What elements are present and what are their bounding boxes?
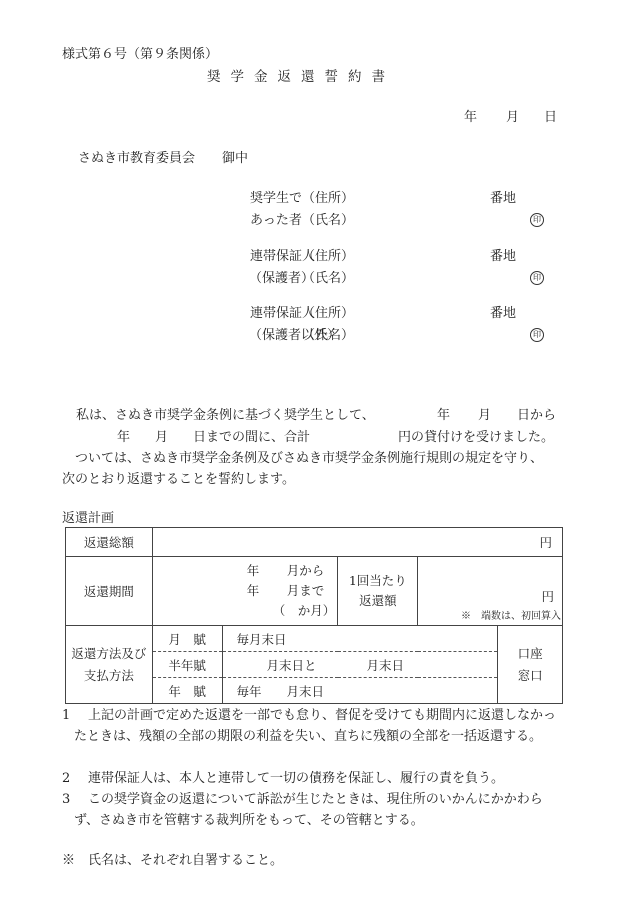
term-text: 連帯保証人は、本人と連帯して一切の債務を保証し、履行の責を負う。 [62, 768, 567, 789]
term-number: 3 [62, 789, 70, 810]
address-label: （住所） [302, 250, 354, 263]
period-label: 返還期間 [66, 557, 153, 626]
term-1: 1 上記の計画で定めた返還を一部でも怠り、督促を受けても期間内に返還しなかったと… [62, 705, 567, 747]
date-day: 日 [544, 111, 557, 124]
form-number: 様式第６号（第９条関係） [62, 48, 218, 61]
plan-heading: 返還計画 [62, 512, 114, 525]
row-total: 返還総額 円 [66, 528, 563, 557]
payment-channel-counter: 窓口 [498, 665, 562, 687]
per-payment-field[interactable]: 円 ※ 端数は、初回算入 [418, 557, 563, 626]
signer-role: 奨学生で [250, 192, 302, 205]
payment-channel-account: 口座 [498, 643, 562, 665]
body-text: 次のとおり返還することを誓約します。 [62, 473, 295, 486]
total-label: 返還総額 [66, 528, 153, 557]
to-year: 年 [247, 585, 260, 598]
term-text: 上記の計画で定めた返還を一部でも怠り、督促を受けても期間内に返還しなかったときは… [62, 705, 567, 747]
method-label: 返還方法及び 支払方法 [66, 626, 153, 704]
address-suffix: 番地 [490, 250, 516, 263]
signer-role-2: あった者 [250, 214, 302, 227]
per-payment-label-2: 返還額 [338, 591, 417, 611]
body-text: 円の貸付けを受けました。 [398, 431, 554, 444]
total-amount-field[interactable]: 円 [152, 528, 562, 557]
body-month: 月 [478, 409, 491, 422]
row-method-monthly: 返還方法及び 支払方法 月 賦 毎月末日 口座 窓口 [66, 626, 563, 652]
fraction-note: ※ 端数は、初回算入 [461, 612, 561, 622]
payment-channel[interactable]: 口座 窓口 [498, 626, 563, 704]
month-count: （ か月） [273, 605, 336, 618]
row-period: 返還期間 年 月から 年 月まで （ か月） 1回当たり 返還額 円 ※ 端数は… [66, 557, 563, 626]
repayment-plan-table: 返還総額 円 返還期間 年 月から 年 月まで （ か月） 1回当たり 返還額 … [65, 527, 563, 704]
total-unit: 円 [539, 535, 552, 550]
date-year: 年 [464, 111, 477, 124]
body-year: 年 [437, 409, 450, 422]
term-text: この奨学資金の返還について訴訟が生じたときは、現住所のいかんにかかわらず、さぬき… [62, 789, 567, 831]
date-month: 月 [506, 111, 519, 124]
body-text: 私は、さぬき市奨学金条例に基づく奨学生として、 [76, 409, 375, 422]
address-suffix: 番地 [490, 307, 516, 320]
body-text: 日までの間に、合計 [193, 431, 310, 444]
term-3: 3 この奨学資金の返還について訴訟が生じたときは、現住所のいかんにかかわらず、さ… [62, 789, 567, 831]
method-schedule-annual[interactable]: 毎年 月末日 [222, 678, 498, 704]
from-year: 年 [247, 565, 260, 578]
method-type-monthly: 月 賦 [152, 626, 222, 652]
per-payment-unit: 円 [541, 591, 554, 604]
from-month: 月から [287, 565, 325, 578]
method-label-2: 支払方法 [66, 665, 152, 687]
address-label: （住所） [302, 192, 354, 205]
addressee-name: さぬき市教育委員会 [78, 152, 195, 165]
body-day: 日から [517, 409, 556, 422]
name-label: （氏名） [302, 272, 354, 285]
to-month: 月まで [287, 585, 325, 598]
address-label: （住所） [302, 307, 354, 320]
term-2: 2 連帯保証人は、本人と連帯して一切の債務を保証し、履行の責を負う。 [62, 768, 567, 789]
method-schedule-monthly[interactable]: 毎月末日 [222, 626, 498, 652]
method-type-annual: 年 賦 [152, 678, 222, 704]
seal-icon: 印 [530, 271, 544, 285]
method-label-1: 返還方法及び [66, 643, 152, 665]
seal-icon: 印 [530, 213, 544, 227]
per-payment-label-1: 1回当たり [338, 571, 417, 591]
method-type-semiannual: 半年賦 [152, 652, 222, 678]
term-number: 1 [62, 705, 70, 726]
document-title: 奨学金返還誓約書 [207, 71, 395, 85]
term-number: 2 [62, 768, 70, 789]
seal-icon: 印 [530, 328, 544, 342]
body-year: 年 [117, 431, 130, 444]
addressee-honorific: 御中 [222, 152, 248, 165]
name-label: （氏名） [302, 329, 354, 342]
body-text: ついては、さぬき市奨学金条例及びさぬき市奨学金条例施行規則の規定を守り、 [75, 452, 543, 465]
name-label: （氏名） [302, 214, 354, 227]
body-month: 月 [155, 431, 168, 444]
address-suffix: 番地 [490, 192, 516, 205]
method-schedule-semiannual[interactable]: 月末日と 月末日 [222, 652, 498, 678]
footer-note: ※ 氏名は、それぞれ自署すること。 [62, 854, 283, 867]
period-field[interactable]: 年 月から 年 月まで （ か月） [152, 557, 338, 626]
per-payment-label: 1回当たり 返還額 [338, 557, 418, 626]
